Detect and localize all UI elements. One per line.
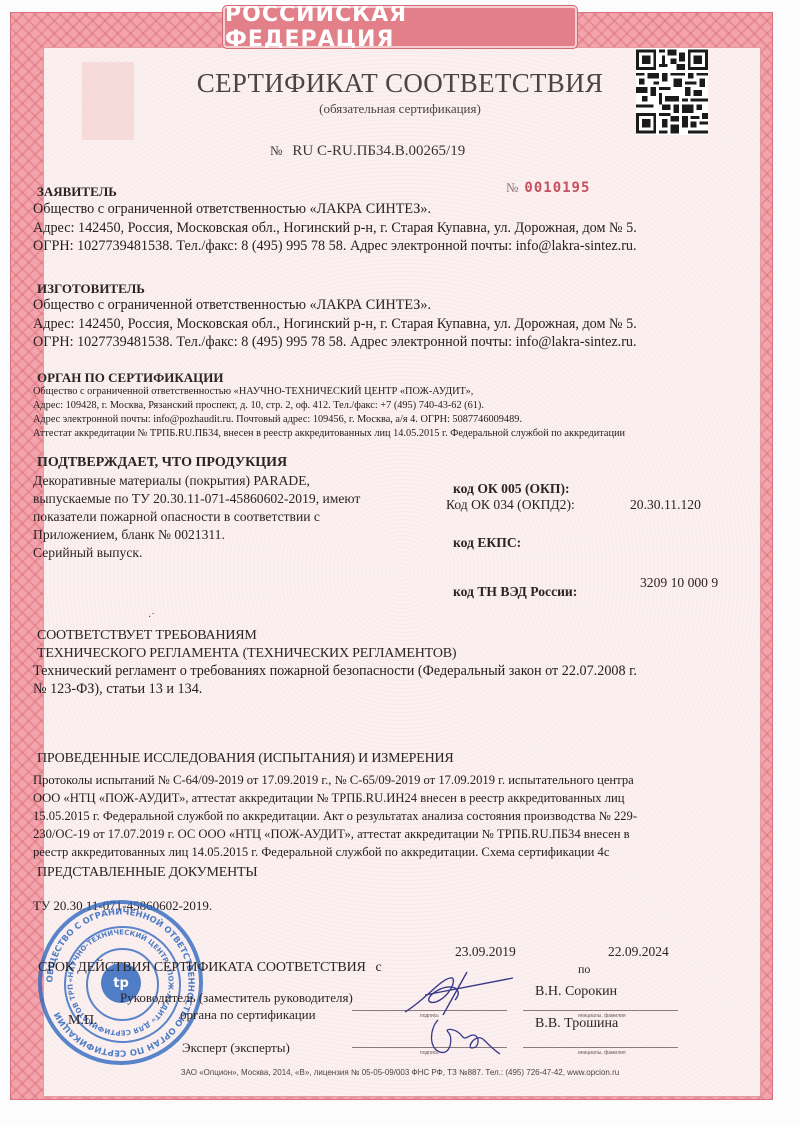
tests-text: реестр аккредитованных лиц 14.05.2015 г.… xyxy=(33,845,609,860)
validity-label-text: СРОК ДЕЙСТВИЯ СЕРТИФИКАТА СООТВЕТСТВИЯ xyxy=(38,960,366,975)
printer-footer: ЗАО «Опцион», Москва, 2014, «В», лицензи… xyxy=(0,1068,800,1077)
expert-signature-icon xyxy=(420,1018,510,1058)
applicant-name: Общество с ограниченной ответственностью… xyxy=(33,201,431,218)
okpd2-code-value: 20.30.11.120 xyxy=(630,497,701,513)
tests-text: 230/ОС-19 от 17.07.2019 г. ОС ООО «НТЦ «… xyxy=(33,827,630,842)
product-heading: ПОДТВЕРЖДАЕТ, ЧТО ПРОДУКЦИЯ xyxy=(37,455,287,471)
product-line: Приложением, бланк № 0021311. xyxy=(33,527,225,543)
manufacturer-heading: ИЗГОТОВИТЕЛЬ xyxy=(37,281,145,297)
manufacturer-name: Общество с ограниченной ответственностью… xyxy=(33,297,431,314)
product-line: выпускаемые по ТУ 20.30.11-071-45860602-… xyxy=(33,491,360,507)
tnved-code-value: 3209 10 000 9 xyxy=(640,575,718,591)
expert-label: Эксперт (эксперты) xyxy=(182,1040,290,1056)
seal-label: М.П. xyxy=(68,1013,98,1029)
requirements-subheading: ТЕХНИЧЕСКОГО РЕГЛАМЕНТА (ТЕХНИЧЕСКИХ РЕГ… xyxy=(37,646,456,662)
okp-code-label: код ОК 005 (ОКП): xyxy=(453,481,570,497)
manufacturer-contacts: ОГРН: 1027739481538. Тел./факс: 8 (495) … xyxy=(33,334,637,351)
tnved-code-label: код ТН ВЭД России: xyxy=(453,584,577,600)
applicant-address: Адрес: 142450, Россия, Московская обл., … xyxy=(33,220,637,237)
seal-stamp-icon: ОБЩЕСТВО С ОГРАНИЧЕННОЙ ОТВЕТСТВЕННОСТЬЮ… xyxy=(38,900,203,1065)
tests-text: ООО «НТЦ «ПОЖ-АУДИТ», аттестат аккредита… xyxy=(33,791,624,806)
requirements-text: Технический регламент о требованиях пожа… xyxy=(33,663,637,680)
cert-body-heading: ОРГАН ПО СЕРТИФИКАЦИИ xyxy=(37,370,224,386)
product-line: показатели пожарной опасности в соответс… xyxy=(33,509,320,525)
requirements-text: № 123-ФЗ), статьи 13 и 134. xyxy=(33,681,202,698)
product-line: Серийный выпуск. xyxy=(33,545,142,561)
validity-label: СРОК ДЕЙСТВИЯ СЕРТИФИКАТА СООТВЕТСТВИЯ с xyxy=(38,960,382,976)
requirements-heading: СООТВЕТСТВУЕТ ТРЕБОВАНИЯМ xyxy=(37,628,257,644)
documents-heading: ПРЕДСТАВЛЕННЫЕ ДОКУМЕНТЫ xyxy=(37,865,257,881)
applicant-heading: ЗАЯВИТЕЛЬ xyxy=(37,184,117,200)
expert-name-line xyxy=(523,1047,678,1048)
number-sign: № xyxy=(270,143,282,158)
name-caption: инициалы, фамилия xyxy=(578,1050,626,1056)
tests-text: Протоколы испытаний № С-64/09-2019 от 17… xyxy=(33,773,634,788)
cert-body-address: Адрес: 109428, г. Москва, Рязанский прос… xyxy=(33,400,484,411)
head-signatory-label: Руководитель (заместитель руководителя) xyxy=(120,990,353,1006)
number-sign: № xyxy=(506,180,518,195)
serial-number-value: 0010195 xyxy=(524,180,590,196)
head-name-line xyxy=(523,1010,678,1011)
qr-code-icon xyxy=(636,48,708,135)
certificate-number: №RU C-RU.ПБ34.В.00265/19 xyxy=(270,143,465,160)
validity-from-word: с xyxy=(376,960,382,975)
cert-body-name: Общество с ограниченной ответственностью… xyxy=(33,386,473,397)
head-signature-icon xyxy=(395,970,515,1020)
ink-mark: ·˙ xyxy=(148,612,155,623)
ekps-code-label: код ЕКПС: xyxy=(453,535,521,551)
tests-text: 15.05.2015 г. Федеральной службой по акк… xyxy=(33,809,637,824)
expert-name: В.В. Трошина xyxy=(535,1016,618,1032)
blank-serial-number: №0010195 xyxy=(506,180,590,197)
manufacturer-address: Адрес: 142450, Россия, Московская обл., … xyxy=(33,316,637,333)
okpd2-code-label: Код ОК 034 (ОКПД2): xyxy=(446,497,575,513)
cert-body-contacts: Адрес электронной почты: info@pozhaudit.… xyxy=(33,414,522,425)
validity-to-date: 22.09.2024 xyxy=(608,944,669,960)
validity-to-word: по xyxy=(578,962,590,977)
applicant-contacts: ОГРН: 1027739481538. Тел./факс: 8 (495) … xyxy=(33,238,637,255)
product-line: Декоративные материалы (покрытия) PARADE… xyxy=(33,473,310,489)
cert-body-accreditation: Аттестат аккредитации № ТРПБ.RU.ПБ34, вн… xyxy=(33,428,625,439)
validity-from-date: 23.09.2019 xyxy=(455,944,516,960)
head-signatory-name: В.Н. Сорокин xyxy=(535,984,617,1000)
country-banner: РОССИЙСКАЯ ФЕДЕРАЦИЯ xyxy=(223,6,577,48)
certificate-number-value: RU C-RU.ПБ34.В.00265/19 xyxy=(292,143,465,159)
tests-heading: ПРОВЕДЕННЫЕ ИССЛЕДОВАНИЯ (ИСПЫТАНИЯ) И И… xyxy=(37,751,454,767)
head-signatory-label-2: органа по сертификации xyxy=(180,1007,316,1023)
